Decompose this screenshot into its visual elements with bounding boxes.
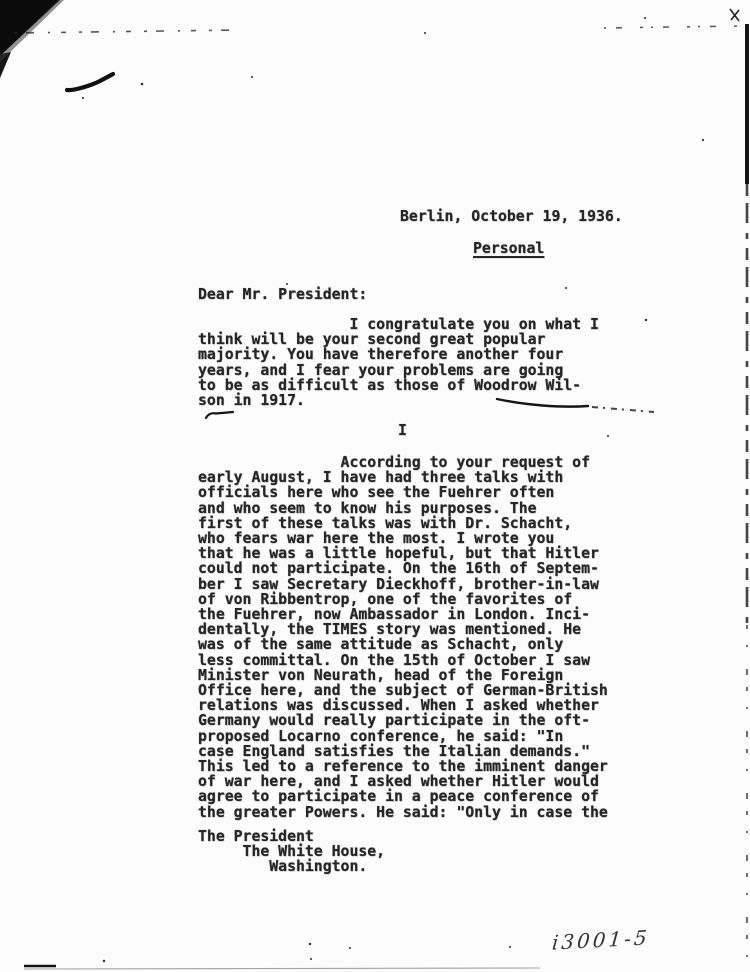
speckle-line-top-left (14, 30, 240, 33)
pen-check-mark-left (206, 412, 233, 418)
bottom-scan-line (24, 968, 540, 969)
corner-fold-artifact (0, 0, 60, 56)
pen-stroke-top-left (67, 74, 113, 90)
x-mark-top-right (730, 9, 739, 21)
woodrow-underline-dashes (592, 407, 654, 412)
right-edge-scan-line-solid (745, 24, 749, 184)
paragraph-congratulations: I congratulate you on what I think will … (198, 317, 599, 408)
handwritten-annotation: i3001-5 (551, 925, 651, 954)
classification-label: Personal (473, 241, 544, 256)
letter-page: Berlin, October 19, 1936. Personal Dear … (0, 0, 750, 972)
corner-fold-sliver (0, 52, 11, 78)
date-line: Berlin, October 19, 1936. (400, 209, 623, 224)
corner-fold-fringe (0, 0, 64, 62)
salutation: Dear Mr. President: (198, 287, 367, 302)
inside-address: The President The White House, Washingto… (198, 829, 385, 875)
speckle-line-top-right (604, 26, 742, 28)
section-heading: I (398, 423, 407, 438)
paragraph-body: According to your request of early Augus… (198, 455, 608, 820)
